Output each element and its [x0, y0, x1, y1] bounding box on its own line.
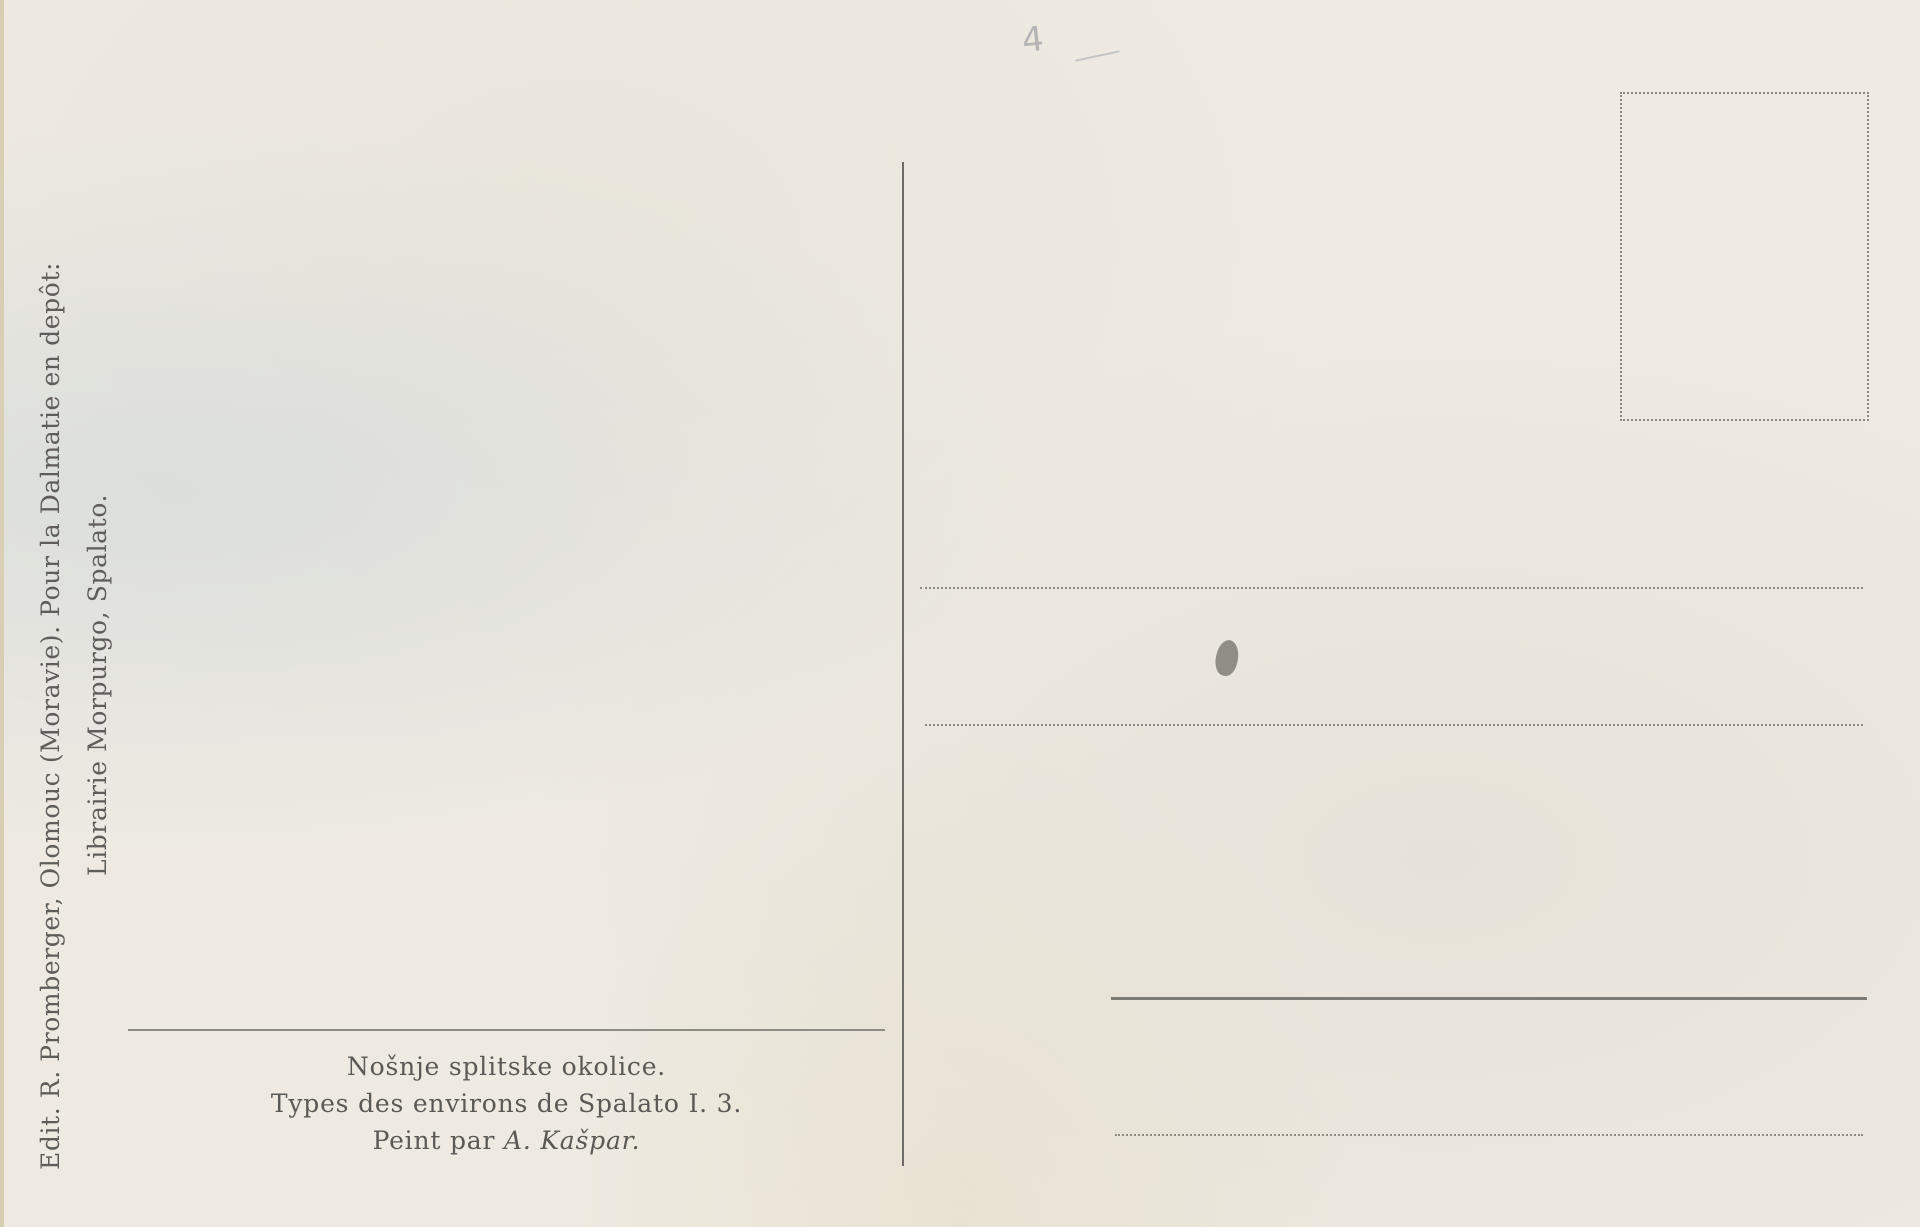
publisher-imprint-line2: Librairie Morpurgo, Spalato.	[83, 494, 112, 876]
stamp-box	[1620, 92, 1869, 421]
ink-blot	[1212, 638, 1241, 678]
address-line-2	[925, 724, 1863, 726]
publisher-imprint-line1: Edit. R. Promberger, Olomouc (Moravie). …	[36, 262, 65, 1170]
address-line-3	[1111, 997, 1867, 1000]
center-divider	[902, 162, 904, 1166]
postcard-back: 4 Edit. R. Promberger, Olomouc (Moravie)…	[0, 0, 1920, 1227]
caption-artist-credit: Peint par A. Kašpar.	[128, 1122, 885, 1159]
card-edge	[0, 0, 4, 1227]
caption-title-french: Types des environs de Spalato I. 3.	[128, 1085, 885, 1122]
pencil-annotation: 4	[1020, 19, 1046, 61]
artist-name: A. Kašpar.	[504, 1126, 640, 1155]
address-line-1	[920, 587, 1863, 589]
address-line-4	[1115, 1134, 1863, 1136]
caption: Nošnje splitske okolice. Types des envir…	[128, 1048, 885, 1159]
artist-credit-prefix: Peint par	[373, 1126, 504, 1155]
caption-title-croatian: Nošnje splitske okolice.	[128, 1048, 885, 1085]
caption-rule	[128, 1029, 885, 1031]
pencil-stroke	[1075, 50, 1119, 61]
